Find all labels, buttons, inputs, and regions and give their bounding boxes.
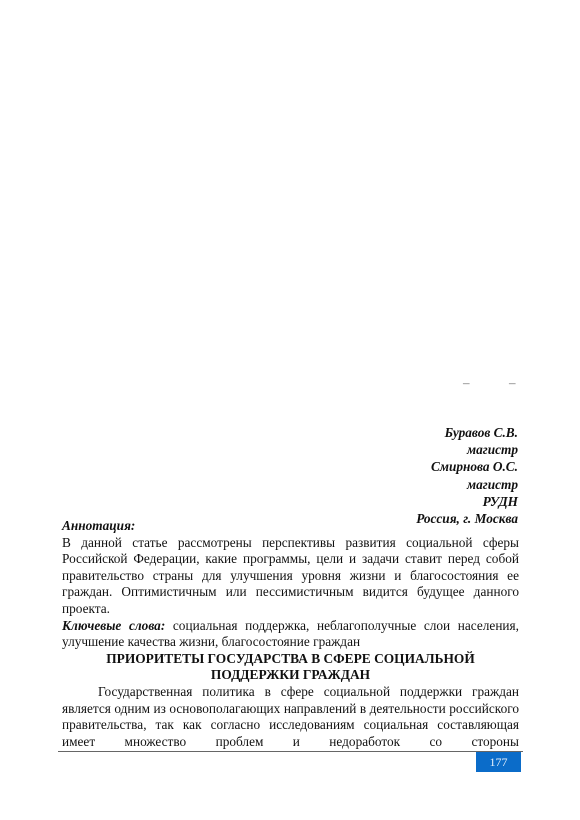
author-name: Смирнова О.С. xyxy=(416,458,518,475)
article-content: Аннотация: В данной статье рассмотрены п… xyxy=(62,518,519,750)
author-block: Буравов С.В. магистр Смирнова О.С. магис… xyxy=(416,424,518,527)
section-title: ПРИОРИТЕТЫ ГОСУДАРСТВА В СФЕРЕ СОЦИАЛЬНО… xyxy=(62,651,519,684)
annotation-text: В данной статье рассмотрены перспективы … xyxy=(62,535,519,618)
author-title: магистр xyxy=(416,476,518,493)
body-paragraph: Государственная политика в сфере социаль… xyxy=(62,684,519,750)
header-marks: – – xyxy=(0,376,580,390)
annotation-label: Аннотация: xyxy=(62,518,519,535)
keywords-label: Ключевые слова: xyxy=(62,618,165,633)
header-dash: – xyxy=(509,376,516,390)
author-name: Буравов С.В. xyxy=(416,424,518,441)
author-title: магистр xyxy=(416,441,518,458)
header-dash: – xyxy=(463,376,470,390)
page-number: 177 xyxy=(476,752,521,772)
keywords: Ключевые слова: социальная поддержка, не… xyxy=(62,618,519,651)
footer-rule xyxy=(58,751,523,752)
affiliation: РУДН xyxy=(416,493,518,510)
